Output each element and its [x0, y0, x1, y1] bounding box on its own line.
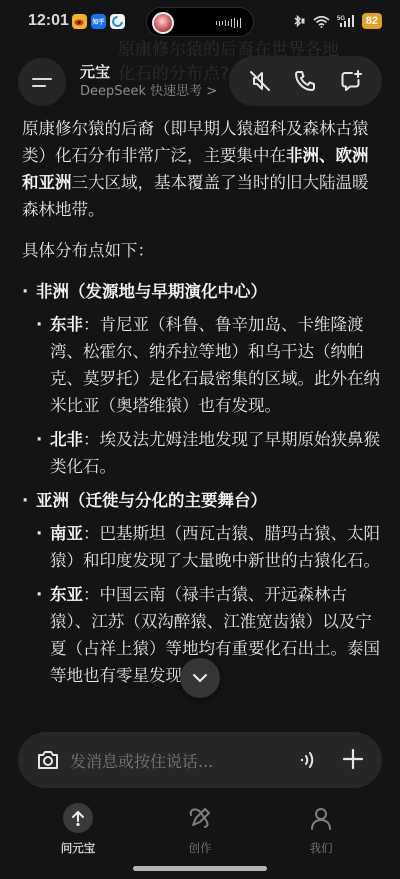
- message-input[interactable]: 发消息或按住说话...: [70, 749, 213, 772]
- bluetooth-icon: [292, 14, 306, 28]
- browser-icon: [110, 14, 125, 29]
- speaker-muted-icon: [248, 69, 272, 93]
- battery-indicator: 82: [362, 13, 382, 29]
- new-chat-icon: [339, 69, 363, 93]
- music-cover-icon: [152, 12, 174, 34]
- nav-create[interactable]: 创作: [160, 800, 240, 856]
- message-input-bar[interactable]: 发消息或按住说话...: [18, 732, 382, 788]
- chat-header: 元宝 DeepSeek 快速思考 >: [0, 56, 400, 108]
- create-icon: [187, 805, 213, 831]
- status-indicators: 5G 82: [292, 13, 382, 29]
- nav-label: 我们: [281, 840, 361, 856]
- more-button[interactable]: [340, 746, 366, 776]
- title-block[interactable]: 元宝 DeepSeek 快速思考 >: [80, 62, 217, 101]
- nav-us[interactable]: 我们: [281, 800, 361, 856]
- weibo-icon: [72, 14, 87, 29]
- intro-paragraph: 原康修尔猿的后裔（即早期人猿超科及森林古猿类）化石分布非常广泛，主要集中在非洲、…: [22, 115, 380, 223]
- nav-ask-yuanbao[interactable]: 问元宝: [38, 800, 118, 856]
- bot-title: 元宝: [80, 62, 217, 82]
- new-chat-button[interactable]: [337, 67, 365, 95]
- status-app-icons: 知乎: [72, 14, 125, 29]
- lead-text: 具体分布点如下：: [22, 237, 380, 264]
- home-indicator[interactable]: [133, 866, 267, 871]
- list-item-south-asia: 南亚：巴基斯坦（西瓦古猿、腊玛古猿、太阳猿）和印度发现了大量晚中新世的古猿化石。: [22, 520, 380, 574]
- voice-button[interactable]: [296, 749, 318, 775]
- list-item-east-africa: 东非：肯尼亚（科鲁、鲁辛加岛、卡维隆渡湾、松霍尔、纳乔拉等地）和乌干达（纳帕克、…: [22, 311, 380, 419]
- dynamic-island[interactable]: [146, 7, 254, 37]
- audio-wave-icon: [216, 18, 242, 28]
- status-bar: 12:01 知乎 5G 82: [0, 0, 400, 46]
- camera-button[interactable]: [35, 747, 61, 777]
- assistant-message: 原康修尔猿的后裔（即早期人猿超科及森林古猿类）化石分布非常广泛，主要集中在非洲、…: [22, 115, 380, 696]
- status-time: 12:01: [28, 12, 69, 30]
- nav-label: 创作: [160, 840, 240, 856]
- list-item-north-africa: 北非：埃及法尤姆洼地发现了早期原始狭鼻猴类化石。: [22, 426, 380, 480]
- zhihu-icon: 知乎: [91, 14, 106, 29]
- plus-icon: [340, 746, 366, 772]
- menu-button[interactable]: [18, 58, 66, 106]
- phone-icon: [293, 69, 317, 93]
- bottom-navigation: 问元宝 创作 我们: [0, 800, 400, 860]
- mute-button[interactable]: [246, 67, 274, 95]
- scroll-to-bottom-button[interactable]: [180, 658, 220, 698]
- voice-wave-icon: [296, 749, 318, 771]
- section-asia: 亚洲（迁徙与分化的主要舞台）: [22, 487, 380, 514]
- wifi-icon: [313, 15, 330, 28]
- model-selector[interactable]: DeepSeek 快速思考 >: [80, 83, 217, 101]
- nav-label: 问元宝: [38, 840, 118, 856]
- arrow-up-icon: [63, 803, 93, 833]
- section-africa: 非洲（发源地与早期演化中心）: [22, 278, 380, 305]
- camera-icon: [35, 747, 61, 773]
- cellular-5g-icon: 5G: [337, 14, 355, 28]
- call-button[interactable]: [291, 67, 319, 95]
- chevron-down-icon: [192, 673, 208, 683]
- menu-icon: [32, 78, 52, 80]
- person-icon: [308, 805, 334, 831]
- header-actions: [229, 56, 382, 106]
